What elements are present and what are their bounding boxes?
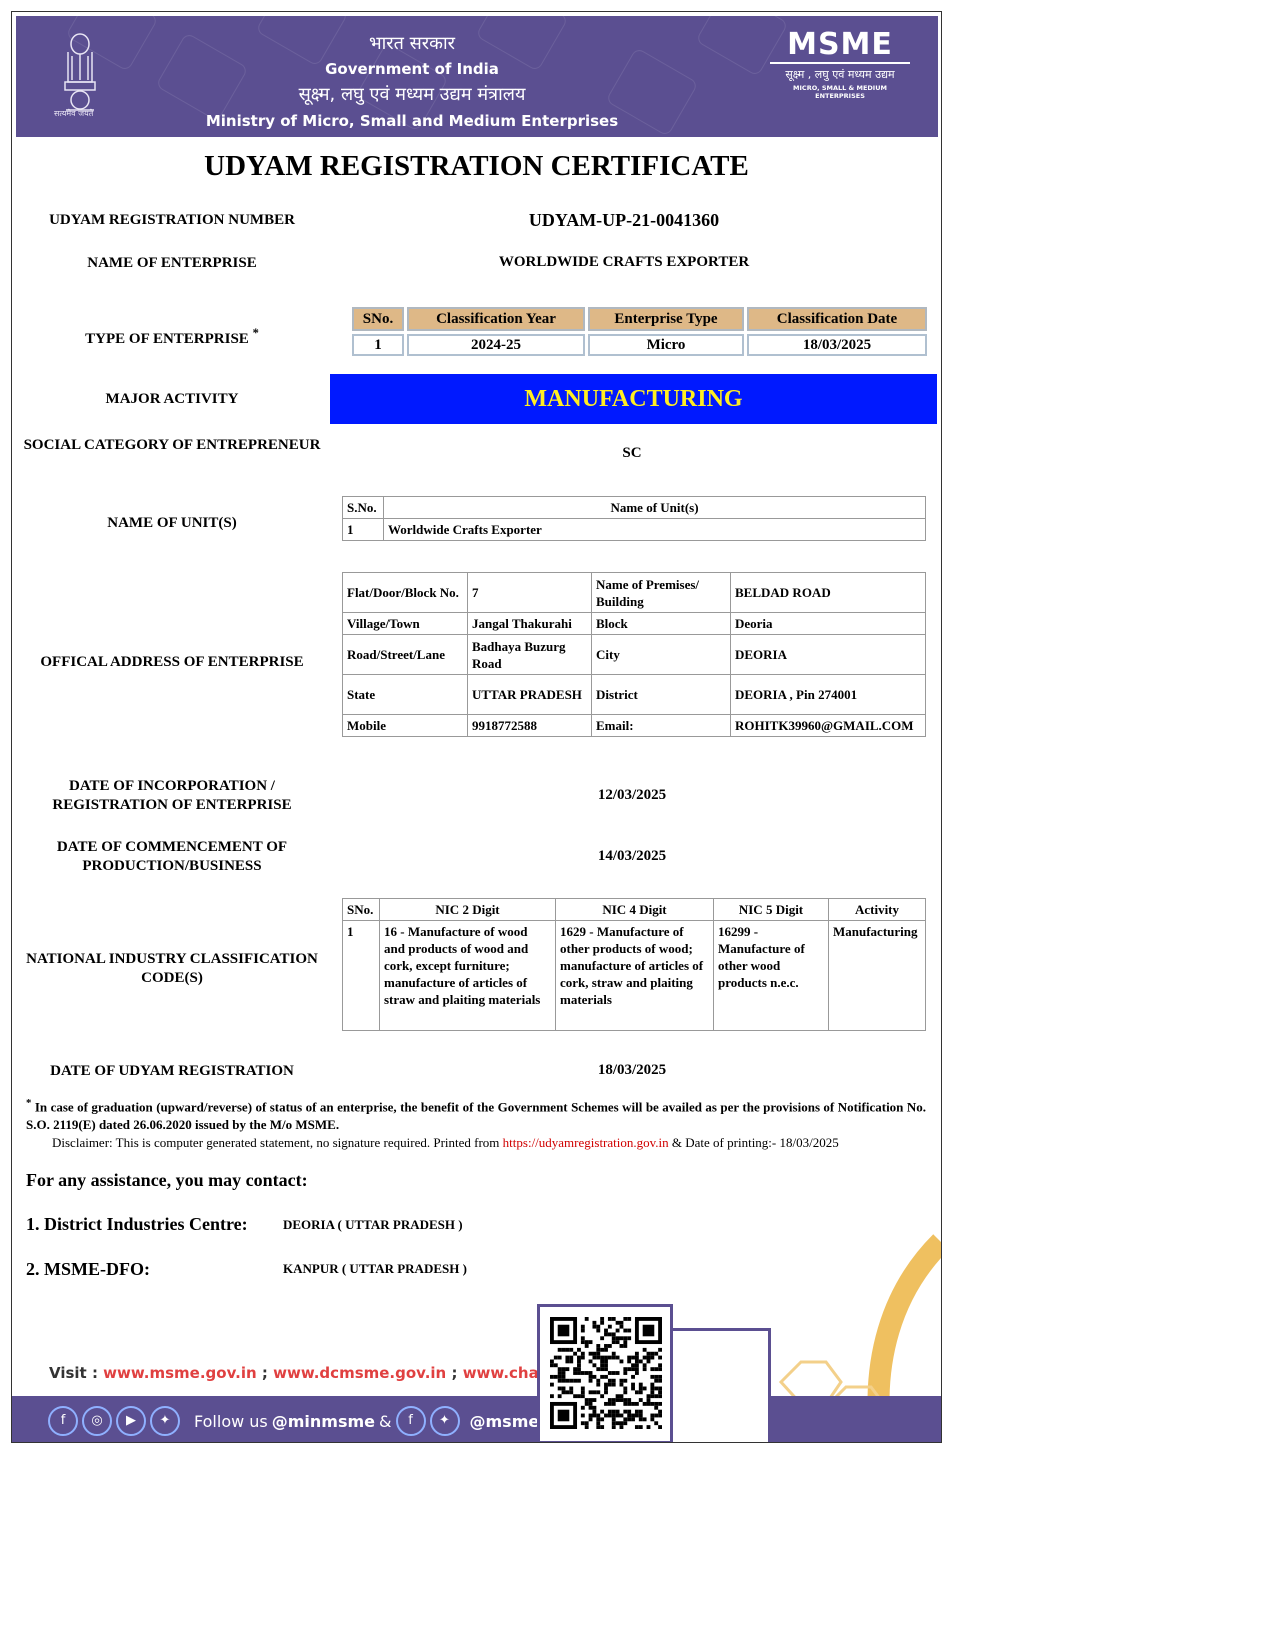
social-category-value: SC: [330, 445, 934, 462]
twitter-icon[interactable]: ✦: [150, 1406, 180, 1436]
dic-value: DEORIA ( UTTAR PRADESH ): [283, 1217, 463, 1233]
dfo-label: 2. MSME-DFO:: [26, 1259, 150, 1280]
table-row: Flat/Door/Block No.7Name of Premises/ Bu…: [343, 573, 926, 613]
table-row: Mobile9918772588Email:ROHITK39960@GMAIL.…: [343, 715, 926, 737]
msme-logo: MSME सूक्ष्म , लघु एवं मध्यम उद्यम MICRO…: [770, 30, 910, 100]
table-row: Road/Street/LaneBadhaya Buzurg RoadCityD…: [343, 635, 926, 675]
qr-side-panel: [670, 1328, 771, 1443]
disclaimer: Disclaimer: This is computer generated s…: [52, 1135, 839, 1151]
incorporation-label: DATE OF INCORPORATION / REGISTRATION OF …: [12, 777, 332, 815]
hindi-govt-text: भारत सरकार: [16, 31, 873, 55]
header-banner: सत्यमेव जयते भारत सरकार Government of In…: [16, 16, 938, 137]
enterprise-name: WORLDWIDE CRAFTS EXPORTER: [322, 254, 926, 271]
reg-number-label: UDYAM REGISTRATION NUMBER: [12, 211, 332, 230]
commencement-date: 14/03/2025: [330, 848, 934, 865]
address-label: OFFICAL ADDRESS OF ENTERPRISE: [12, 653, 332, 672]
instagram-icon[interactable]: ◎: [82, 1406, 112, 1436]
reg-number: UDYAM-UP-21-0041360: [322, 210, 926, 231]
enterprise-name-label: NAME OF ENTERPRISE: [12, 254, 332, 273]
certificate-page: सत्यमेव जयते भारत सरकार Government of In…: [11, 11, 942, 1443]
dcmsme-link[interactable]: www.dcmsme.gov.in: [273, 1364, 446, 1382]
facebook-icon[interactable]: f: [396, 1406, 426, 1436]
msme-link[interactable]: www.msme.gov.in: [103, 1364, 257, 1382]
table-row: 1 16 - Manufacture of wood and products …: [343, 921, 926, 1031]
address-table: Flat/Door/Block No.7Name of Premises/ Bu…: [342, 572, 926, 737]
nic-label: NATIONAL INDUSTRY CLASSIFICATION CODE(S): [12, 950, 332, 988]
udyam-portal-link[interactable]: https://udyamregistration.gov.in: [503, 1135, 669, 1150]
visit-links: Visit : www.msme.gov.in ; www.dcmsme.gov…: [49, 1364, 546, 1382]
twitter-icon[interactable]: ✦: [430, 1406, 460, 1436]
social-strip: f ◎ ▶ ✦ Follow us @minmsme & f ✦ @msmech: [12, 1396, 941, 1442]
incorporation-date: 12/03/2025: [330, 787, 934, 804]
units-label: NAME OF UNIT(S): [12, 514, 332, 533]
facebook-icon[interactable]: f: [48, 1406, 78, 1436]
type-label: TYPE OF ENTERPRISE *: [12, 324, 332, 349]
footnote: * In case of graduation (upward/reverse)…: [26, 1094, 926, 1134]
table-row: 1 2024-25 Micro 18/03/2025: [352, 334, 927, 356]
dic-label: 1. District Industries Centre:: [26, 1214, 248, 1235]
handle-minmsme[interactable]: @minmsme: [272, 1412, 375, 1431]
table-row: StateUTTAR PRADESHDistrictDEORIA , Pin 2…: [343, 675, 926, 715]
major-activity-label: MAJOR ACTIVITY: [12, 390, 332, 409]
enterprise-type-table: SNo. Classification Year Enterprise Type…: [349, 304, 930, 359]
youtube-icon[interactable]: ▶: [116, 1406, 146, 1436]
udyam-date: 18/03/2025: [330, 1062, 934, 1079]
ministry-text: Ministry of Micro, Small and Medium Ente…: [16, 112, 873, 130]
champions-link[interactable]: www.char: [463, 1364, 546, 1382]
hindi-ministry-text: सूक्ष्म, लघु एवं मध्यम उद्यम मंत्रालय: [16, 82, 873, 106]
govt-text: Government of India: [16, 60, 873, 78]
commencement-label: DATE OF COMMENCEMENT OF PRODUCTION/BUSIN…: [12, 838, 332, 876]
qr-code-frame: [537, 1304, 673, 1443]
udyam-date-label: DATE OF UDYAM REGISTRATION: [12, 1062, 332, 1081]
major-activity-value: MANUFACTURING: [330, 374, 937, 424]
qr-code-icon[interactable]: [550, 1317, 662, 1429]
table-row: Village/TownJangal ThakurahiBlockDeoria: [343, 613, 926, 635]
certificate-title: UDYAM REGISTRATION CERTIFICATE: [12, 150, 941, 183]
units-table: S.No.Name of Unit(s) 1Worldwide Crafts E…: [342, 496, 926, 541]
nic-table: SNo. NIC 2 Digit NIC 4 Digit NIC 5 Digit…: [342, 898, 926, 1031]
social-category-label: SOCIAL CATEGORY OF ENTREPRENEUR: [12, 436, 332, 455]
assistance-heading: For any assistance, you may contact:: [26, 1170, 308, 1191]
table-row: 1Worldwide Crafts Exporter: [343, 519, 926, 541]
dfo-value: KANPUR ( UTTAR PRADESH ): [283, 1261, 467, 1277]
